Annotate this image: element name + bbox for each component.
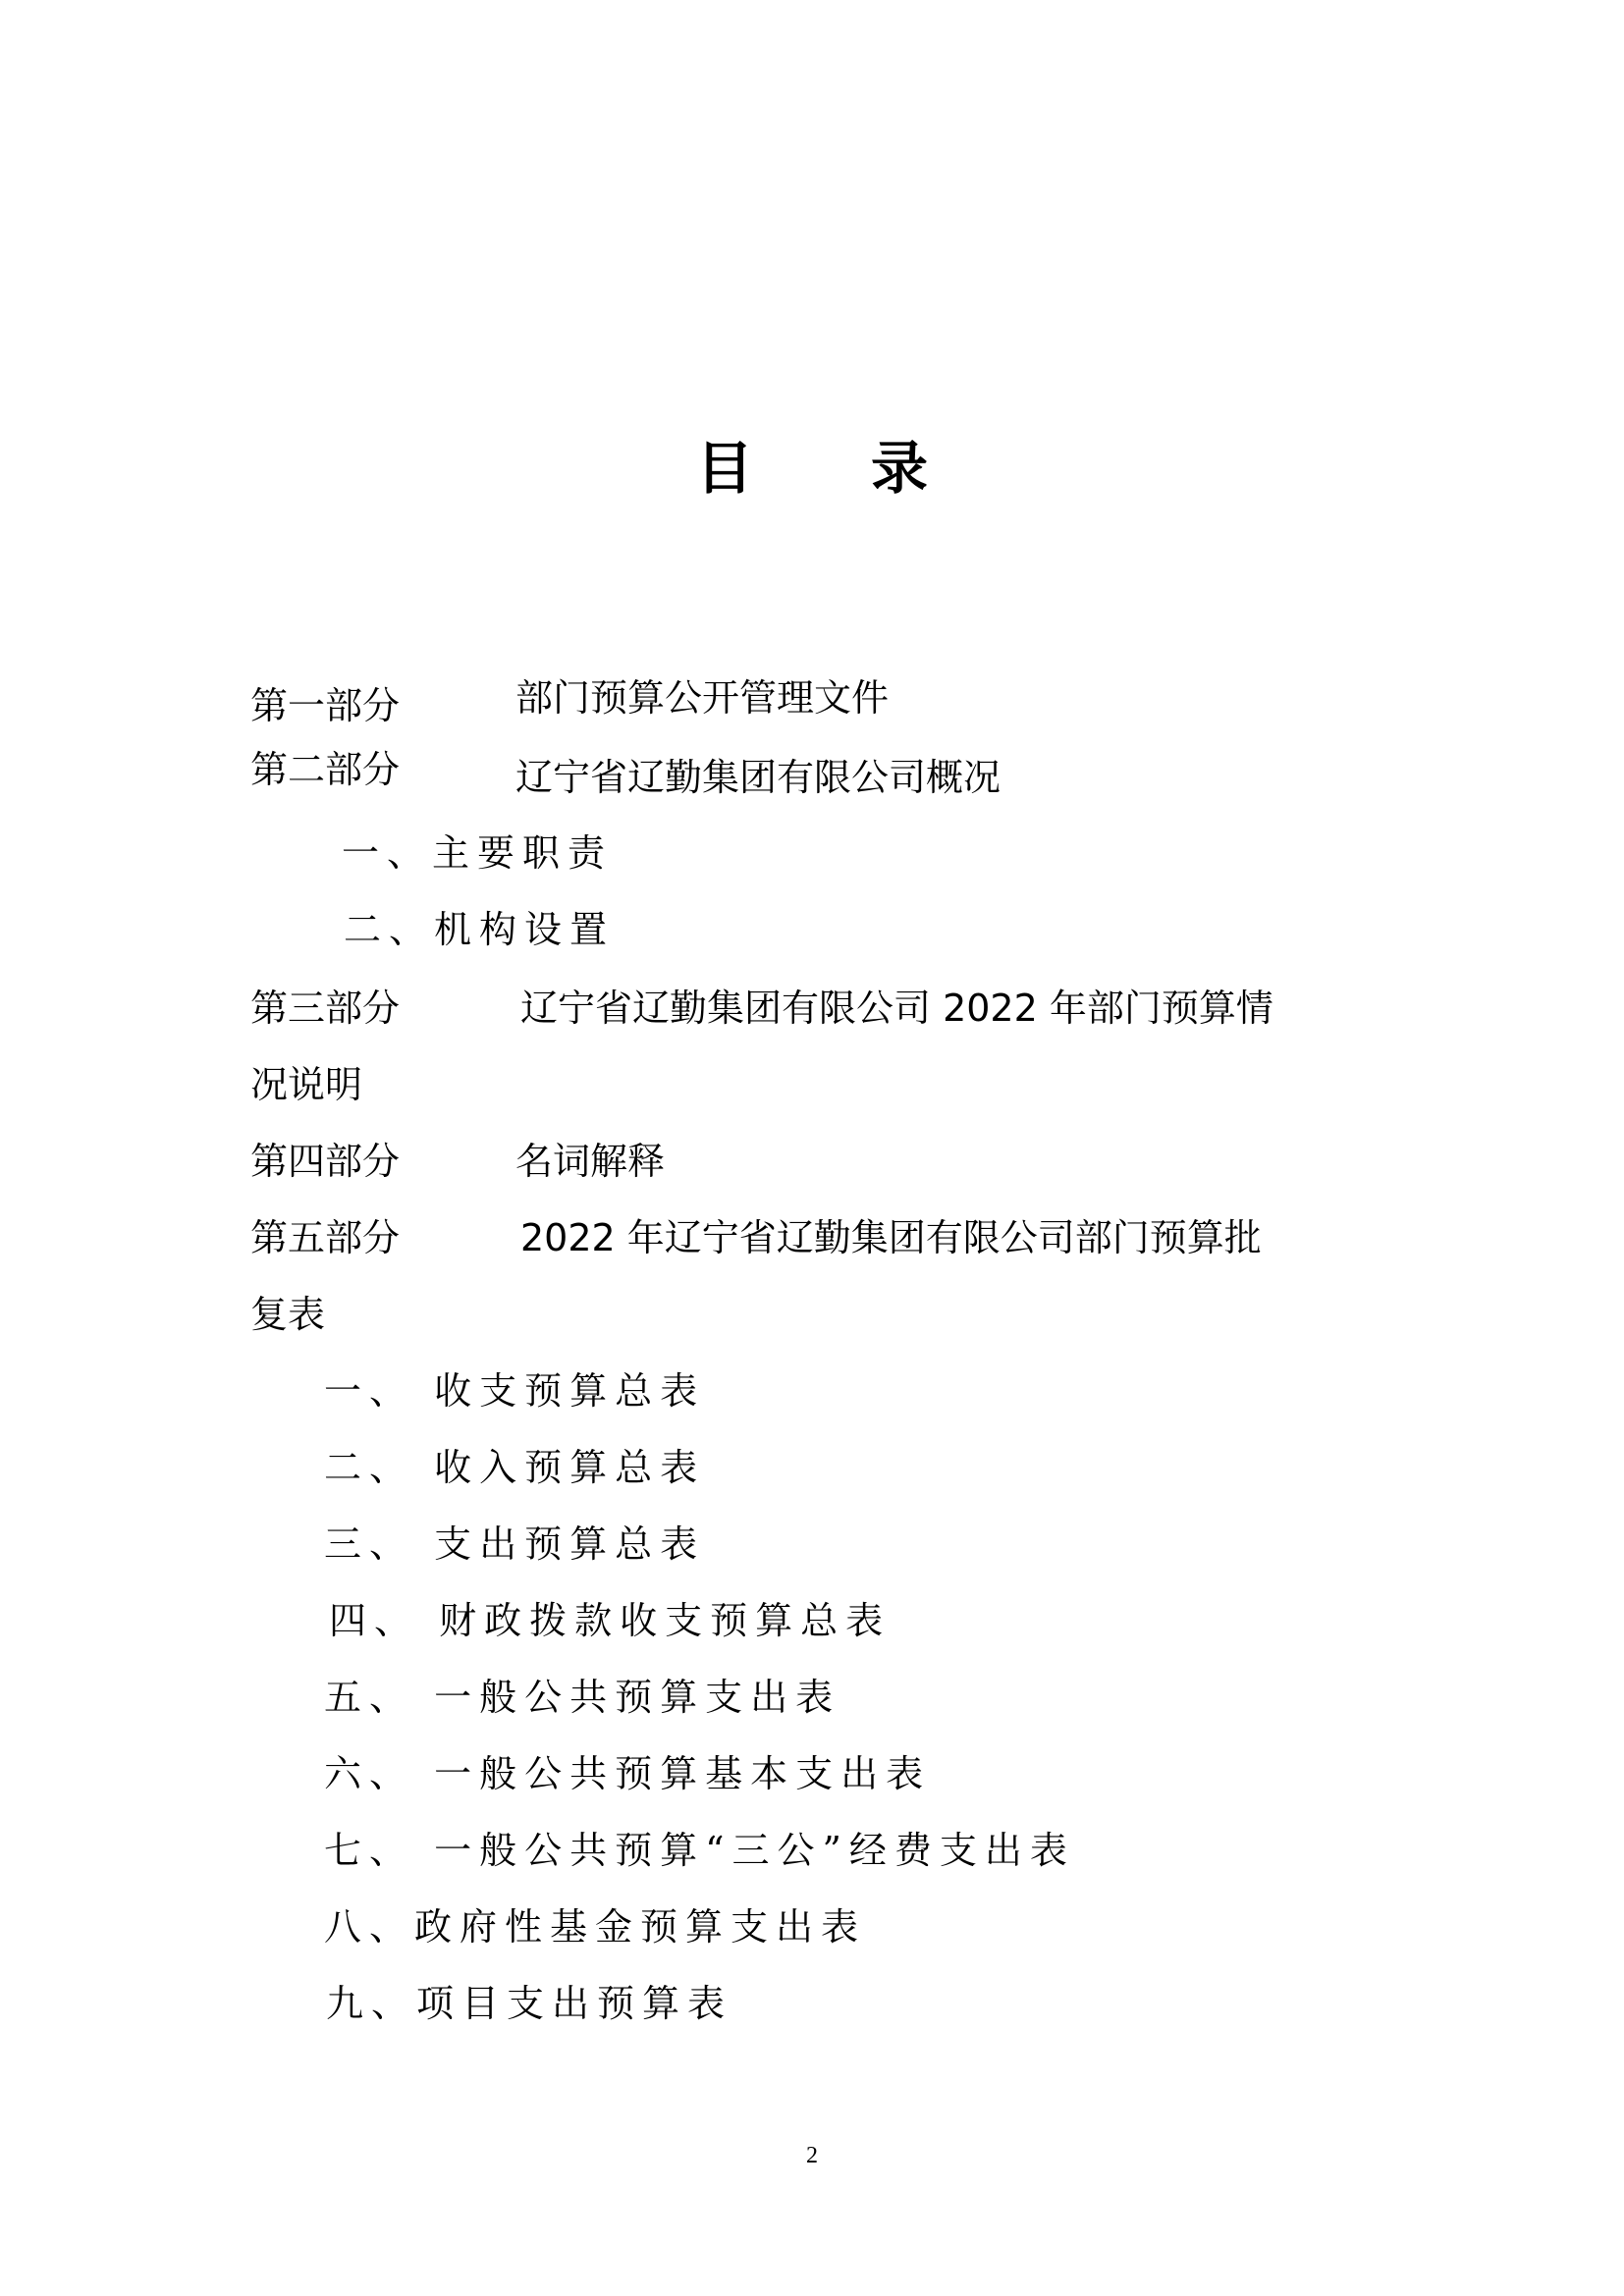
toc-table-2[interactable]: 二、 收入预算总表 [324,1449,705,1486]
part-title: 辽宁省辽勤集团有限公司概况 [515,759,1001,796]
toc-table-4[interactable]: 四、 财政拨款收支预算总表 [329,1602,891,1639]
part-title: 2022 年辽宁省辽勤集团有限公司部门预算批 [520,1219,1262,1256]
toc-part-3-continuation[interactable]: 况说明 [250,1066,362,1103]
title-char-1: 目 [696,435,753,502]
title-char-2: 录 [871,435,928,502]
toc-part-5-continuation[interactable]: 复表 [250,1296,325,1333]
toc-table-1[interactable]: 一、 收支预算总表 [324,1372,705,1410]
page-number: 2 [0,2143,1624,2169]
part-label: 第一部分 [250,684,400,727]
part-label: 第二部分 [250,748,400,791]
toc-part2-sub-2[interactable]: 二、机构设置 [344,911,615,948]
toc-part-5[interactable]: 第五部分 2022 年辽宁省辽勤集团有限公司部门预算批 [250,1219,400,1256]
toc-part-2[interactable]: 第二部分 辽宁省辽勤集团有限公司概况 [250,751,400,788]
toc-part-1[interactable]: 第一部分 部门预算公开管理文件 [250,687,400,724]
toc-table-9[interactable]: 九、项目支出预算表 [326,1985,732,2022]
part-title: 部门预算公开管理文件 [515,679,889,717]
toc-part-3[interactable]: 第三部分 辽宁省辽勤集团有限公司 2022 年部门预算情 [250,989,400,1027]
part-label: 第四部分 [250,1140,400,1183]
toc-table-8[interactable]: 八、政府性基金预算支出表 [324,1908,866,1946]
toc-table-3[interactable]: 三、 支出预算总表 [324,1525,705,1563]
toc-part2-sub-1[interactable]: 一、主要职责 [342,834,613,872]
part-label: 第三部分 [250,987,400,1030]
toc-table-5[interactable]: 五、 一般公共预算支出表 [324,1679,840,1716]
part-title: 辽宁省辽勤集团有限公司 2022 年部门预算情 [520,989,1273,1027]
toc-table-7[interactable]: 七、 一般公共预算“三公”经费支出表 [324,1832,1075,1869]
page-title: 目录 [0,422,1624,505]
part-title: 名词解释 [515,1143,665,1180]
toc-part-4[interactable]: 第四部分 名词解释 [250,1143,400,1180]
toc-table-6[interactable]: 六、 一般公共预算基本支出表 [324,1755,931,1792]
part-label: 第五部分 [250,1216,400,1259]
